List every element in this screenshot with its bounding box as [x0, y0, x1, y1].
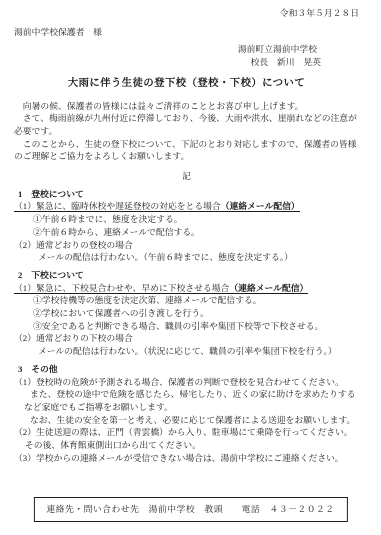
contact-info-box: 連絡先・問い合わせ先 湯前中学校 教頭 電話 ４３－２０２２ [33, 497, 347, 522]
document-line: なお、生徒の安全を第一と考え、必要に応じて保護者による送迎をお願いします。 [30, 414, 359, 427]
line-text: （1）緊急に、臨時休校や遅延登校の対応をとる場合 [14, 201, 221, 211]
section-dismissal: 2 下校について （1）緊急に、下校見合わせや、早めに下校させる場合（連絡メール… [14, 269, 359, 358]
document-line: また、登校の途中で危険を感じたら、帰宅したり、近くの家に助けを求めたりするなど家… [14, 388, 359, 413]
mail-notice-bold: （連絡メール配信） [229, 283, 308, 293]
document-date: 令和３年５月２８日 [14, 7, 359, 20]
document-line: （2）通常どおりの登校の場合 [14, 239, 359, 252]
intro-paragraph-3: このことから、生徒の登下校について、下記のとおり対応しますので、保護者の皆様のご… [14, 138, 359, 163]
intro-paragraph-2: さて、梅雨前線が九州付近に停滞しており、今後、大雨や洪水、崖崩れなどの注意が必要… [14, 112, 359, 137]
document-line: ②午前６時から、連絡メールで配信する。 [33, 226, 359, 239]
sender-organization: 湯前町立湯前中学校 [14, 43, 359, 56]
intro-paragraphs: 向暑の候、保護者の皆様には益々ご清祥のこととお喜び申し上げます。 さて、梅雨前線… [14, 100, 359, 164]
document-line: ②学校において保護者への引き渡しを行う。 [33, 307, 359, 320]
intro-paragraph-1: 向暑の候、保護者の皆様には益々ご清祥のこととお喜び申し上げます。 [14, 100, 359, 113]
mail-notice-bold: （連絡メール配信） [221, 201, 300, 211]
sender-name: 校長 新川 晃英 [14, 56, 359, 69]
document-title: 大雨に伴う生徒の登下校（登校・下校）について [14, 78, 359, 91]
document-line: （2）生徒送迎の際は、正門（青雲橋）から入り、駐車場にて乗降を行ってください。 [14, 426, 359, 439]
document-line: ①学校待機等の態度を決定次第、連絡メールで配信する。 [33, 294, 359, 307]
section-heading: 2 下校について [18, 269, 359, 282]
document-line: （2）通常どおりの下校の場合 [14, 332, 359, 345]
document-line: メールの配信は行わない。（午前６時までに、態度を決定する。） [38, 251, 359, 264]
document-line: （3）学校からの連絡メールが受信できない場合は、湯前中学校にご連絡ください。 [14, 452, 359, 465]
section-arrival: 1 登校について （1）緊急に、臨時休校や遅延登校の対応をとる場合（連絡メール配… [14, 188, 359, 264]
document-line: メールの配信は行わない。（状況に応じて、職員の引率や集団下校を行う。） [38, 345, 359, 358]
ki-marker: 記 [14, 170, 359, 183]
document-line: （1）登校時の危険が予測される場合、保護者の判断で登校を見合わせてください。 [14, 376, 359, 389]
section-other: 3 その他 （1）登校時の危険が予測される場合、保護者の判断で登校を見合わせてく… [14, 363, 359, 465]
emergency-arrival-heading: （1）緊急に、臨時休校や遅延登校の対応をとる場合（連絡メール配信） [14, 200, 359, 213]
document-line: その後、体育館東側出口から出てください。 [25, 439, 359, 452]
document-line: ③安全であると判断できる場合、職員の引率や集団下校等で下校させる。 [33, 320, 359, 333]
line-text: （1）緊急に、下校見合わせや、早めに下校させる場合 [14, 283, 229, 293]
recipient-line: 湯前中学校保護者 様 [14, 26, 359, 39]
document-page: 令和３年５月２８日 湯前中学校保護者 様 湯前町立湯前中学校 校長 新川 晃英 … [0, 0, 381, 535]
section-heading: 3 その他 [18, 363, 359, 376]
emergency-dismissal-heading: （1）緊急に、下校見合わせや、早めに下校させる場合（連絡メール配信） [14, 282, 359, 295]
document-line: ①午前６時までに、態度を決定する。 [33, 213, 359, 226]
section-heading: 1 登校について [18, 188, 359, 201]
